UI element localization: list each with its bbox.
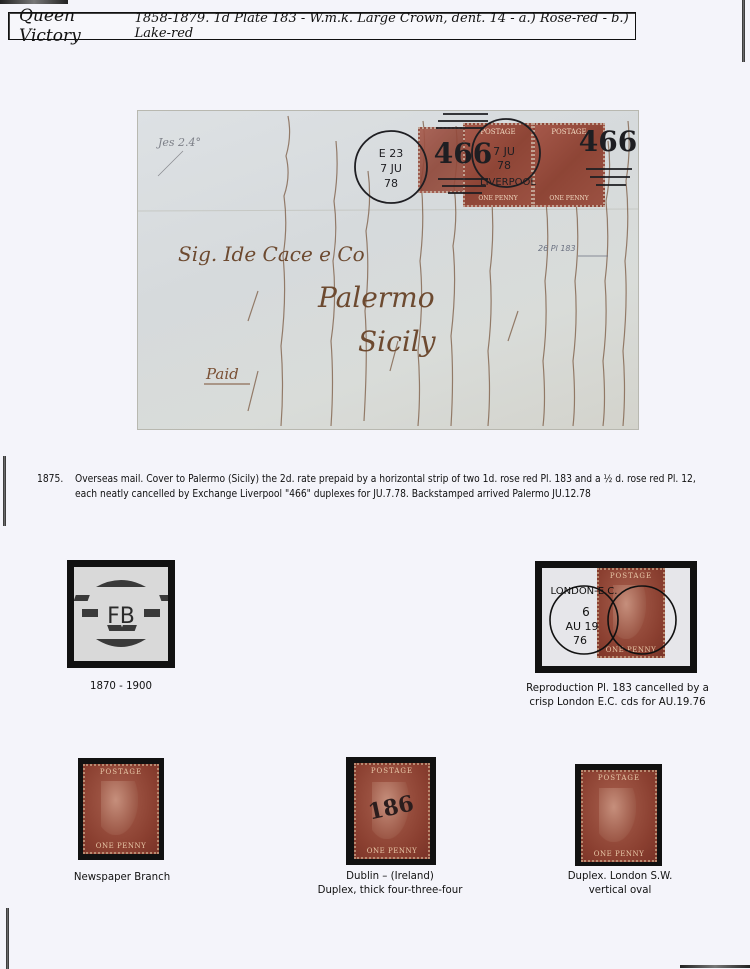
page-edge-bottom	[680, 965, 750, 968]
exhibit-dublin: POSTAGE ONE PENNY 186	[346, 757, 436, 865]
svg-text:AU 19: AU 19	[565, 620, 598, 633]
queen-head	[101, 781, 138, 834]
stamp-bottom-text: ONE PENNY	[85, 842, 157, 850]
stamp-top-text: POSTAGE	[535, 128, 603, 136]
penny-stamp-1: POSTAGE ONE PENNY	[463, 123, 533, 207]
half-penny-stamp	[418, 127, 468, 193]
page-edge-left	[3, 456, 6, 526]
title-main: Queen Victory	[19, 6, 130, 46]
page-edge-top	[0, 0, 68, 4]
caption-line: Duplex, thick four-three-four	[300, 884, 480, 898]
stamp-top-text: POSTAGE	[356, 767, 428, 775]
exhibit-newspaper-branch: POSTAGE ONE PENNY	[78, 758, 164, 860]
page-edge-left-bottom	[6, 908, 9, 969]
caption-line: 1870 - 1900	[60, 680, 182, 694]
caption-line: Newspaper Branch	[60, 871, 184, 885]
stamp-top-text: POSTAGE	[85, 768, 157, 776]
svg-text:76: 76	[573, 634, 587, 647]
stamp-top-text: POSTAGE	[465, 128, 531, 136]
exhibit-newspaper-caption: Newspaper Branch	[60, 871, 184, 885]
queen-head	[599, 788, 636, 843]
stamp-bottom-text: ONE PENNY	[583, 850, 655, 858]
london-ec-postmark: 6 AU 19 76 LONDON-E.C.	[542, 568, 690, 666]
exhibit-london-ec-caption: Reproduction Pl. 183 cancelled by a cris…	[520, 682, 715, 710]
caption-line: crisp London E.C. cds for AU.19.76	[520, 696, 715, 710]
stamp-bottom-text: ONE PENNY	[356, 847, 428, 855]
main-caption: 1875. Overseas mail. Cover to Palermo (S…	[75, 472, 715, 502]
penny-stamp-dublin: POSTAGE ONE PENNY 186	[354, 763, 430, 859]
exhibit-london-ec: POSTAGE ONE PENNY 6 AU 19 76 LONDON-E.C.	[535, 561, 697, 673]
stamp-top-text: POSTAGE	[583, 774, 655, 782]
exhibit-london-sw: POSTAGE ONE PENNY	[575, 764, 662, 866]
caption-line: Dublin – (Ireland)	[300, 870, 480, 884]
caption-line: Duplex. London S.W.	[540, 870, 700, 884]
caption-year: 1875.	[37, 472, 63, 487]
fb-cancel-icon: FB	[74, 567, 168, 661]
page-title: Queen Victory 1858-1879. 1d Plate 183 - …	[8, 12, 636, 40]
penny-stamp-london-sw: POSTAGE ONE PENNY	[581, 770, 657, 862]
svg-text:Palermo: Palermo	[317, 281, 435, 314]
page-edge-right	[742, 0, 745, 62]
svg-text:Sig. Ide Cace e Co: Sig. Ide Cace e Co	[178, 242, 365, 266]
svg-text:26 Pl 183: 26 Pl 183	[538, 244, 576, 253]
title-subtitle: 1858-1879. 1d Plate 183 - W.m.k. Large C…	[135, 11, 635, 41]
caption-line: Reproduction Pl. 183 cancelled by a	[520, 682, 715, 696]
penny-stamp-newspaper: POSTAGE ONE PENNY	[83, 764, 159, 854]
exhibit-dublin-caption: Dublin – (Ireland) Duplex, thick four-th…	[300, 870, 480, 898]
svg-text:FB: FB	[107, 604, 135, 629]
exhibit-london-sw-caption: Duplex. London S.W. vertical oval	[540, 870, 700, 898]
exhibit-fb-cancel: FB	[67, 560, 175, 668]
postal-cover-image: Jes 2.4° Sig. Ide Cace e Co Palermo Sici…	[138, 111, 638, 429]
stamp-bottom-text: ONE PENNY	[535, 195, 603, 202]
caption-text: Overseas mail. Cover to Palermo (Sicily)…	[75, 474, 696, 500]
svg-text:6: 6	[582, 605, 590, 619]
stamp-bottom-text: ONE PENNY	[465, 195, 531, 202]
svg-text:LONDON-E.C.: LONDON-E.C.	[551, 586, 618, 597]
svg-text:Paid: Paid	[205, 365, 239, 383]
penny-stamp-2: POSTAGE ONE PENNY	[533, 123, 605, 207]
exhibit-fb-caption: 1870 - 1900	[60, 680, 182, 694]
svg-text:Jes 2.4°: Jes 2.4°	[156, 136, 201, 149]
caption-line: vertical oval	[540, 884, 700, 898]
svg-text:Sicily: Sicily	[358, 325, 437, 358]
